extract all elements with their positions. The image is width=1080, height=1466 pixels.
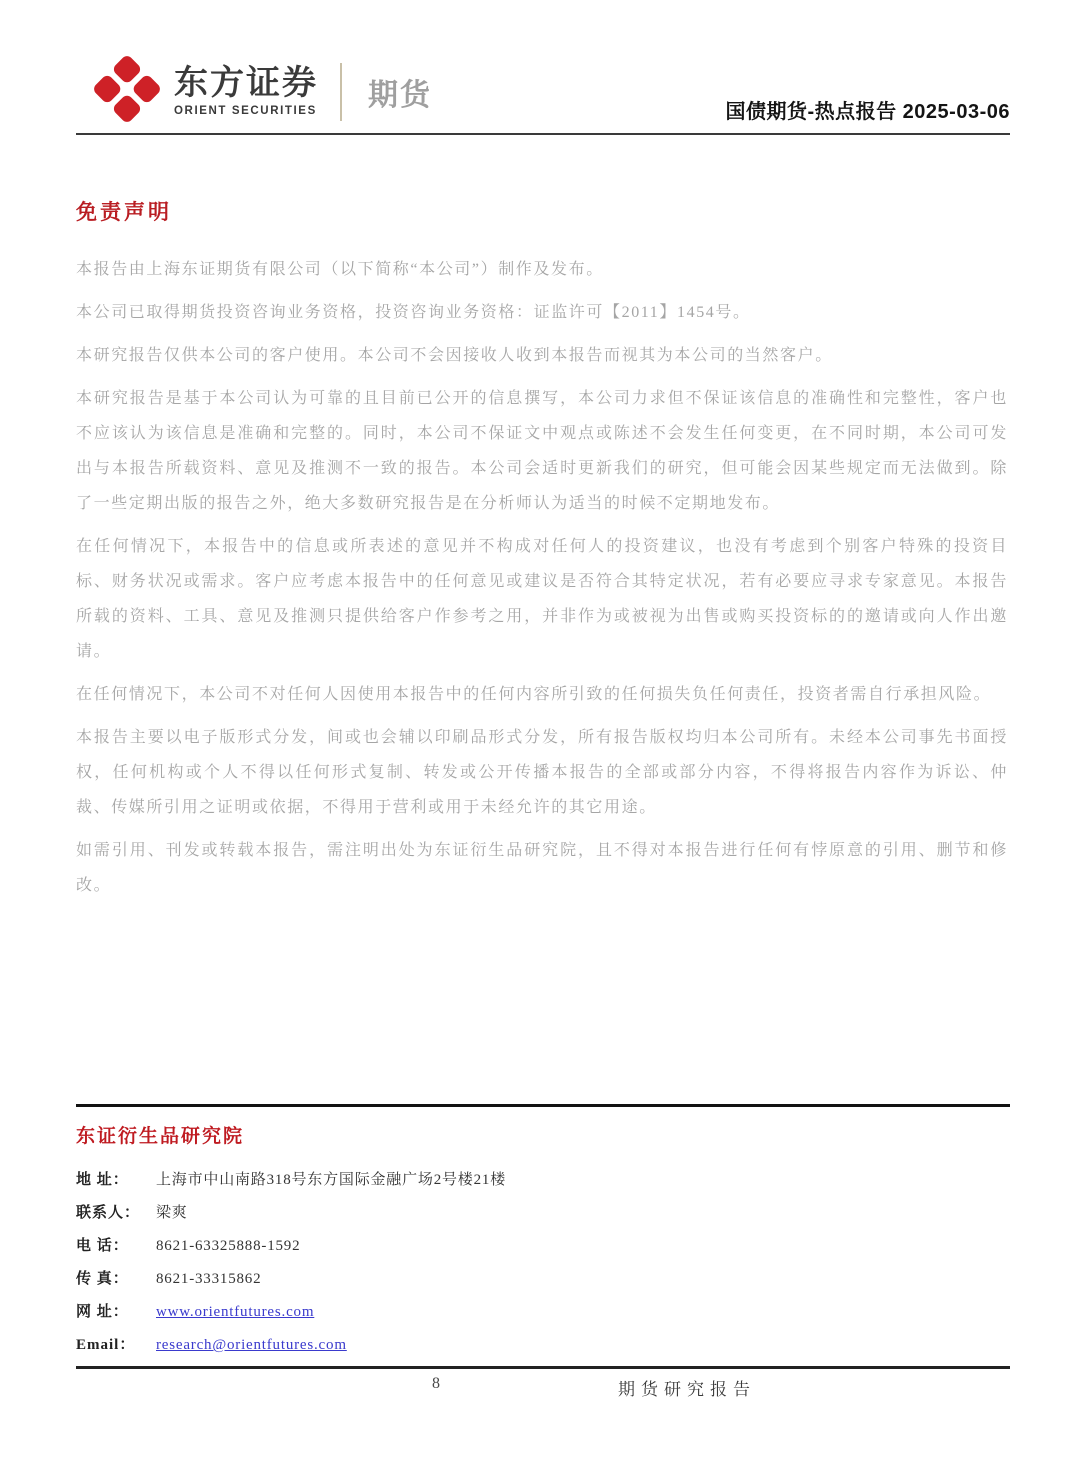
contact-value-person: 梁爽 [156,1197,188,1230]
contact-label: 联系人： [76,1197,150,1230]
division-label: 期货 [368,70,432,114]
disclaimer-paragraph: 本研究报告是基于本公司认为可靠的且目前已公开的信息撰写，本公司力求但不保证该信息… [76,381,1008,521]
header-rule [76,133,1010,135]
contact-label: 电 话： [76,1230,150,1263]
disclaimer-paragraph: 本报告主要以电子版形式分发，间或也会辅以印刷品形式分发，所有报告版权均归本公司所… [76,720,1008,825]
brand-name-en: ORIENT SECURITIES [174,106,318,118]
contact-row-email: Email： research@orientfutures.com [76,1329,1010,1362]
disclaimer-paragraph: 在任何情况下，本报告中的信息或所表述的意见并不构成对任何人的投资建议，也没有考虑… [76,529,1008,669]
orient-securities-diamond-icon [92,54,163,125]
report-title: 国债期货-热点报告 2025-03-06 [725,95,1010,132]
institute-title: 东证衍生品研究院 [76,1121,1010,1148]
report-page: 东方证券 ORIENT SECURITIES 期货 国债期货-热点报告 2025… [0,0,1080,1466]
disclaimer-paragraph: 本研究报告仅供本公司的客户使用。本公司不会因接收人收到本报告而视其为本公司的当然… [76,338,1008,373]
disclaimer-paragraph: 在任何情况下，本公司不对任何人因使用本报告中的任何内容所引致的任何损失负任何责任… [76,677,1008,712]
page-number: 8 [432,1375,440,1393]
contact-row-fax: 传 真： 8621-33315862 [76,1263,1010,1296]
logo-text: 东方证券 ORIENT SECURITIES [174,66,318,118]
contact-row-website: 网 址： www.orientfutures.com [76,1296,1010,1329]
email-link[interactable]: research@orientfutures.com [156,1329,347,1362]
institute-top-rule [76,1104,1010,1107]
contact-value-phone: 8621-63325888-1592 [156,1230,300,1263]
brand-name-cn: 东方证券 [174,66,318,100]
header-vertical-divider [340,63,342,121]
disclaimer-paragraph: 如需引用、刊发或转载本报告，需注明出处为东证衍生品研究院，且不得对本报告进行任何… [76,833,1008,903]
disclaimer-paragraph: 本报告由上海东证期货有限公司（以下简称“本公司”）制作及发布。 [76,252,1008,287]
disclaimer-paragraph: 本公司已取得期货投资咨询业务资格，投资咨询业务资格：证监许可【2011】1454… [76,295,1008,330]
contact-label: 地 址： [76,1164,150,1197]
institute-section: 东证衍生品研究院 地 址： 上海市中山南路318号东方国际金融广场2号楼21楼 … [76,1104,1010,1362]
contact-row-phone: 电 话： 8621-63325888-1592 [76,1230,1010,1263]
contact-label: 传 真： [76,1263,150,1296]
disclaimer-section: 免责声明 本报告由上海东证期货有限公司（以下简称“本公司”）制作及发布。 本公司… [76,196,1008,911]
company-logo: 东方证券 ORIENT SECURITIES 期货 [76,63,432,121]
contact-row-contact-person: 联系人： 梁爽 [76,1197,1010,1230]
footer-report-type: 期货研究报告 [618,1375,756,1400]
page-footer: 8 期货研究报告 [76,1366,1010,1369]
website-link[interactable]: www.orientfutures.com [156,1296,314,1329]
contact-label: Email： [76,1329,150,1362]
contact-value-fax: 8621-33315862 [156,1263,261,1296]
footer-rule [76,1366,1010,1369]
contact-row-address: 地 址： 上海市中山南路318号东方国际金融广场2号楼21楼 [76,1164,1010,1197]
contact-value-address: 上海市中山南路318号东方国际金融广场2号楼21楼 [156,1164,506,1197]
contact-label: 网 址： [76,1296,150,1329]
disclaimer-title: 免责声明 [76,196,1008,226]
page-header: 东方证券 ORIENT SECURITIES 期货 国债期货-热点报告 2025… [76,52,1010,132]
